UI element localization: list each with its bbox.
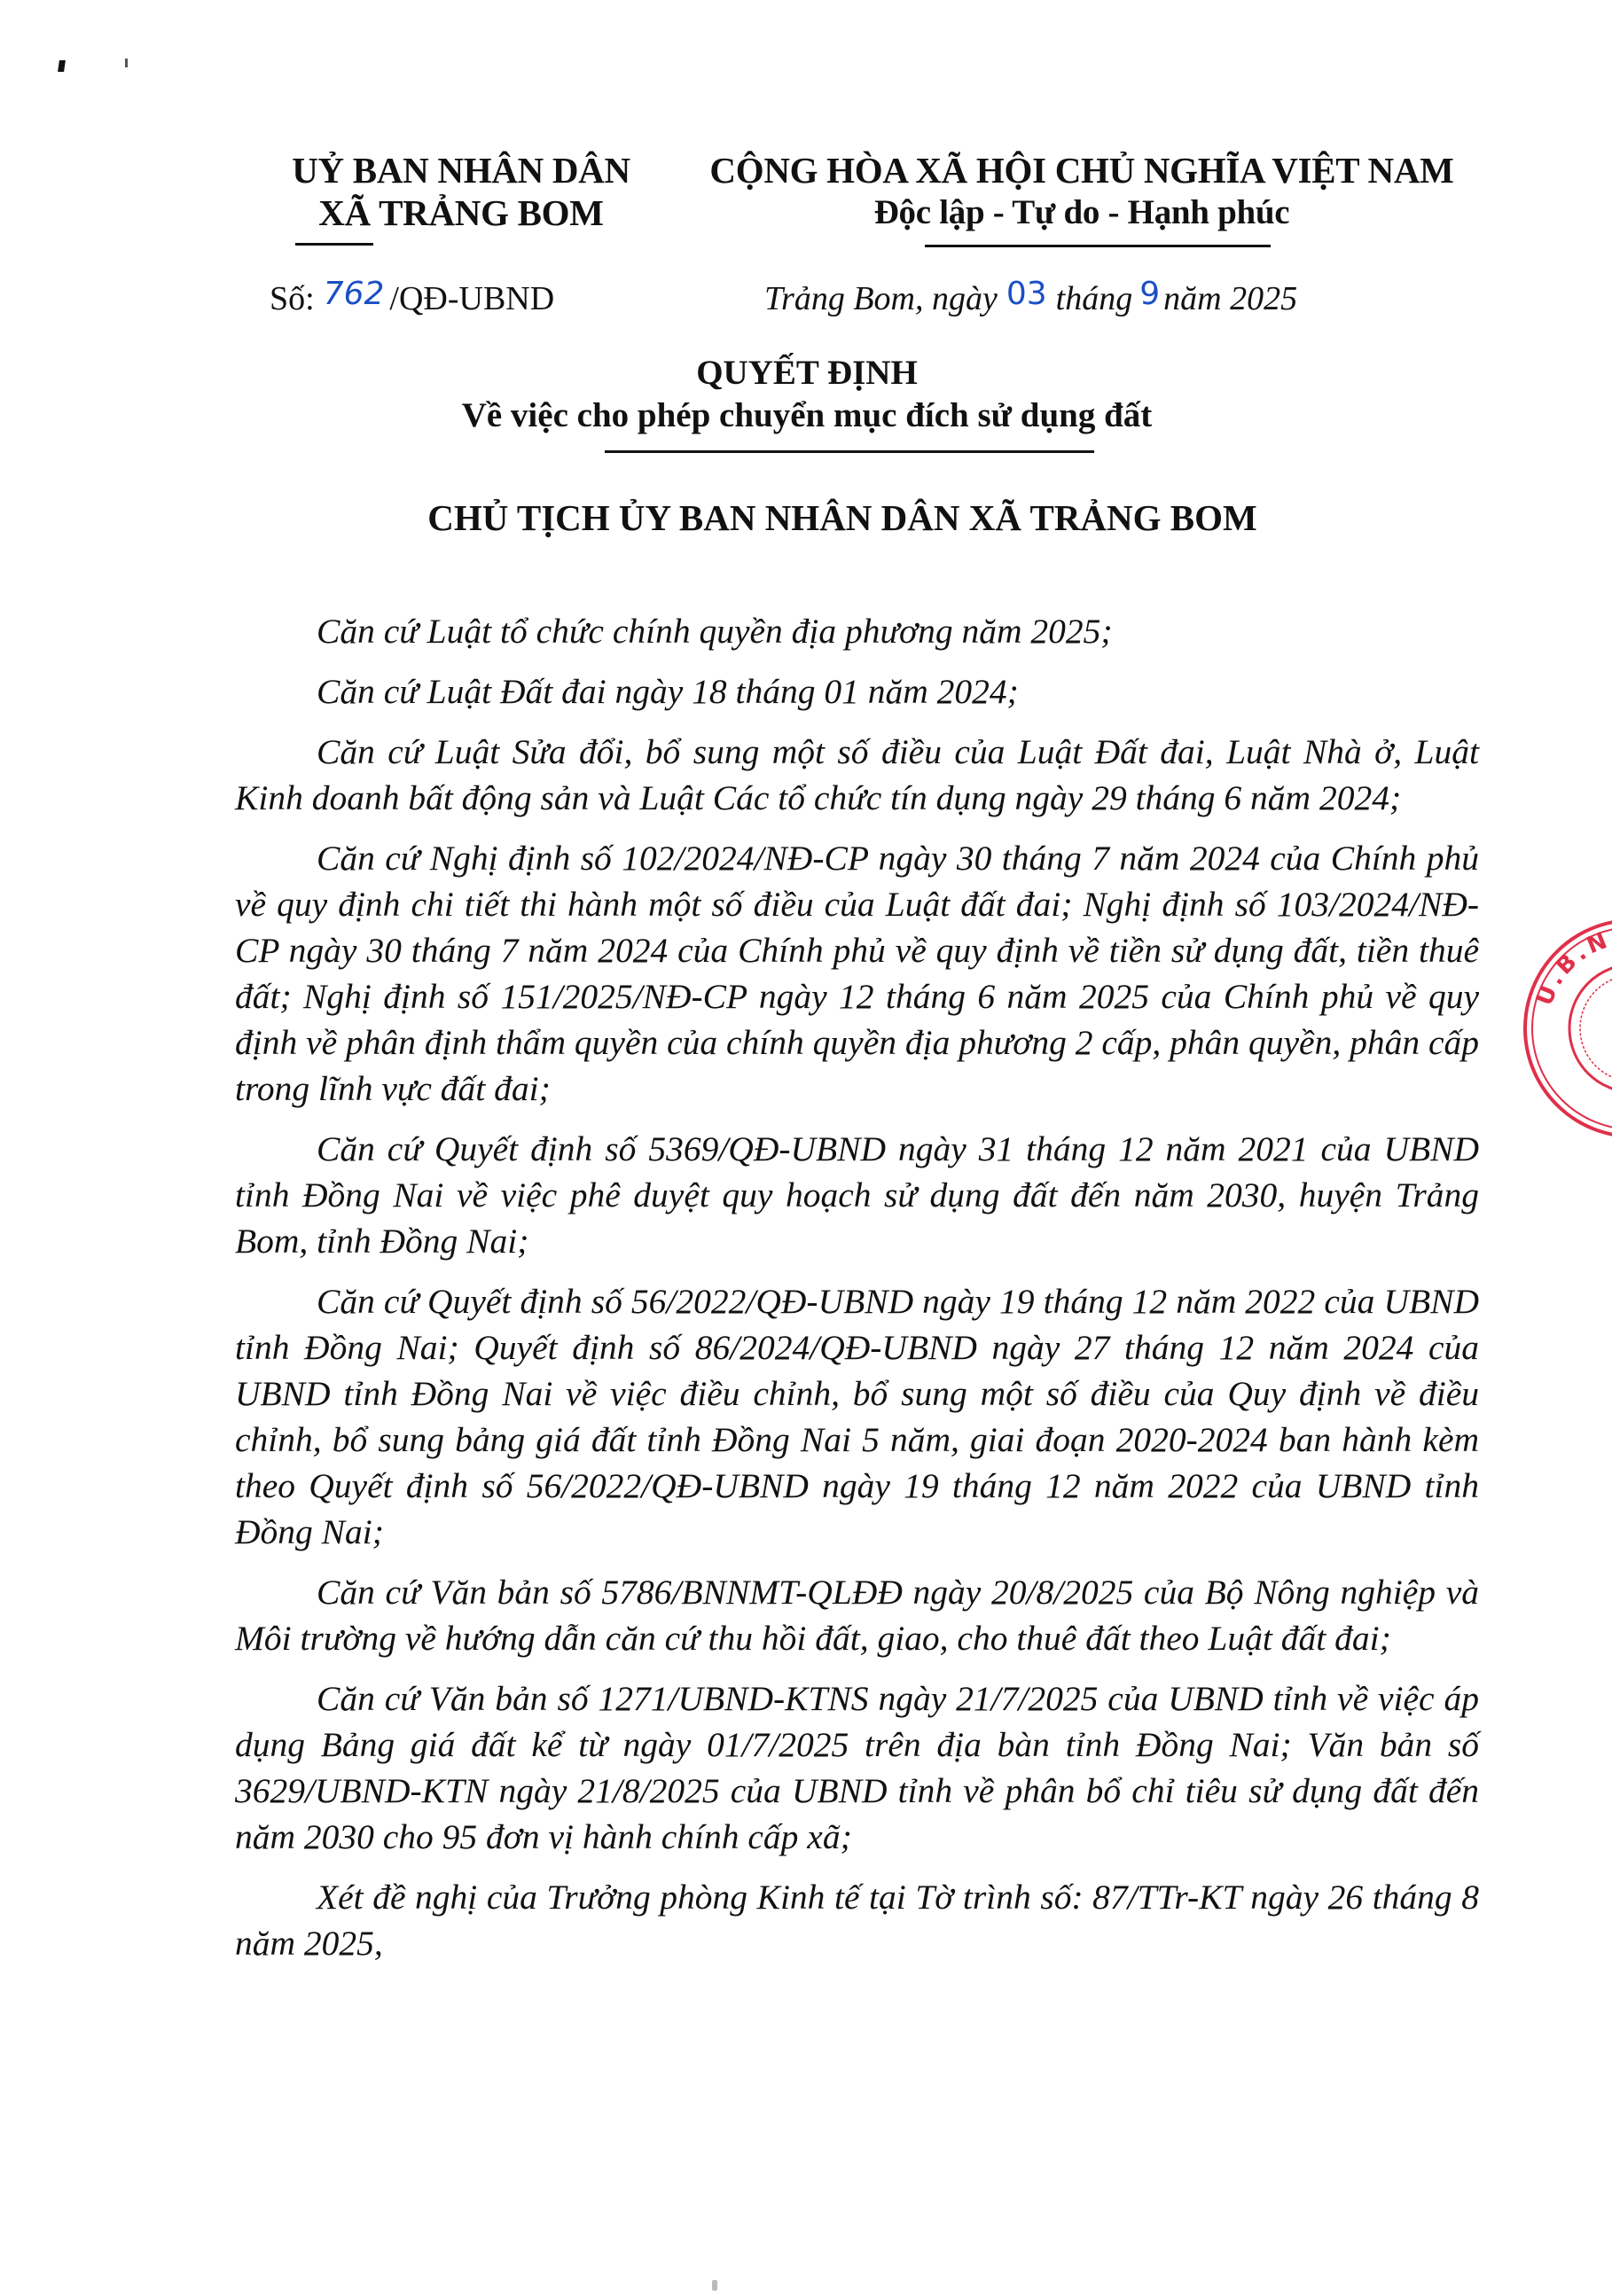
number-prefix: Số: bbox=[270, 280, 315, 317]
legal-basis: Căn cứ Nghị định số 102/2024/NĐ-CP ngày … bbox=[235, 835, 1479, 1112]
subject-underline bbox=[605, 450, 1094, 453]
document-page: UỶ BAN NHÂN DÂN XÃ TRẢNG BOM CỘNG HÒA XÃ… bbox=[0, 0, 1612, 2296]
number-suffix: /QĐ-UBND bbox=[389, 280, 554, 317]
national-motto: Độc lập - Tự do - Hạnh phúc bbox=[656, 191, 1507, 234]
date-place-prefix: Trảng Bom, ngày bbox=[764, 280, 998, 317]
document-type: QUYẾT ĐỊNH bbox=[364, 353, 1250, 394]
legal-bases: Căn cứ Luật tổ chức chính quyền địa phươ… bbox=[235, 608, 1479, 1980]
legal-basis: Căn cứ Luật tổ chức chính quyền địa phươ… bbox=[235, 608, 1479, 654]
date-year: năm 2025 bbox=[1163, 280, 1297, 317]
legal-basis: Căn cứ Văn bản số 1271/UBND-KTNS ngày 21… bbox=[235, 1675, 1479, 1860]
seal-icon: U.B.N.D XÃ TRẢN bbox=[1518, 913, 1612, 1144]
issue-date: Trảng Bom, ngày03tháng9năm 2025 bbox=[764, 279, 1297, 319]
legal-basis: Căn cứ Văn bản số 5786/BNNMT-QLĐĐ ngày 2… bbox=[235, 1569, 1479, 1661]
agency-line-1: UỶ BAN NHÂN DÂN bbox=[266, 149, 656, 191]
issuing-agency: UỶ BAN NHÂN DÂN XÃ TRẢNG BOM bbox=[266, 149, 656, 234]
handwritten-day: 03 bbox=[1006, 275, 1047, 314]
handwritten-number: 762 bbox=[324, 275, 385, 314]
legal-basis: Căn cứ Quyết định số 56/2022/QĐ-UBND ngà… bbox=[235, 1278, 1479, 1555]
nation-name: CỘNG HÒA XÃ HỘI CHỦ NGHĨA VIỆT NAM bbox=[656, 149, 1507, 191]
handwritten-month: 9 bbox=[1139, 275, 1160, 314]
scan-artifact bbox=[125, 59, 128, 67]
legal-basis: Căn cứ Quyết định số 5369/QĐ-UBND ngày 3… bbox=[235, 1126, 1479, 1264]
legal-basis: Căn cứ Luật Sửa đổi, bổ sung một số điều… bbox=[235, 729, 1479, 821]
agency-underline bbox=[295, 243, 373, 246]
scan-artifact bbox=[712, 2280, 717, 2291]
scan-artifact bbox=[58, 60, 66, 72]
document-number: Số:762/QĐ-UBND bbox=[270, 279, 554, 319]
document-subject: Về việc cho phép chuyển mục đích sử dụng… bbox=[364, 395, 1250, 436]
issuing-authority: CHỦ TỊCH ỦY BAN NHÂN DÂN XÃ TRẢNG BOM bbox=[266, 496, 1419, 539]
proposal-basis: Xét đề nghị của Trưởng phòng Kinh tế tại… bbox=[235, 1874, 1479, 1966]
official-seal: U.B.N.D XÃ TRẢN bbox=[1518, 913, 1612, 1144]
legal-basis: Căn cứ Luật Đất đai ngày 18 tháng 01 năm… bbox=[235, 668, 1479, 715]
agency-line-2: XÃ TRẢNG BOM bbox=[266, 191, 656, 234]
national-header: CỘNG HÒA XÃ HỘI CHỦ NGHĨA VIỆT NAM Độc l… bbox=[656, 149, 1507, 234]
motto-underline bbox=[925, 245, 1271, 247]
date-month-label: tháng bbox=[1056, 280, 1133, 317]
